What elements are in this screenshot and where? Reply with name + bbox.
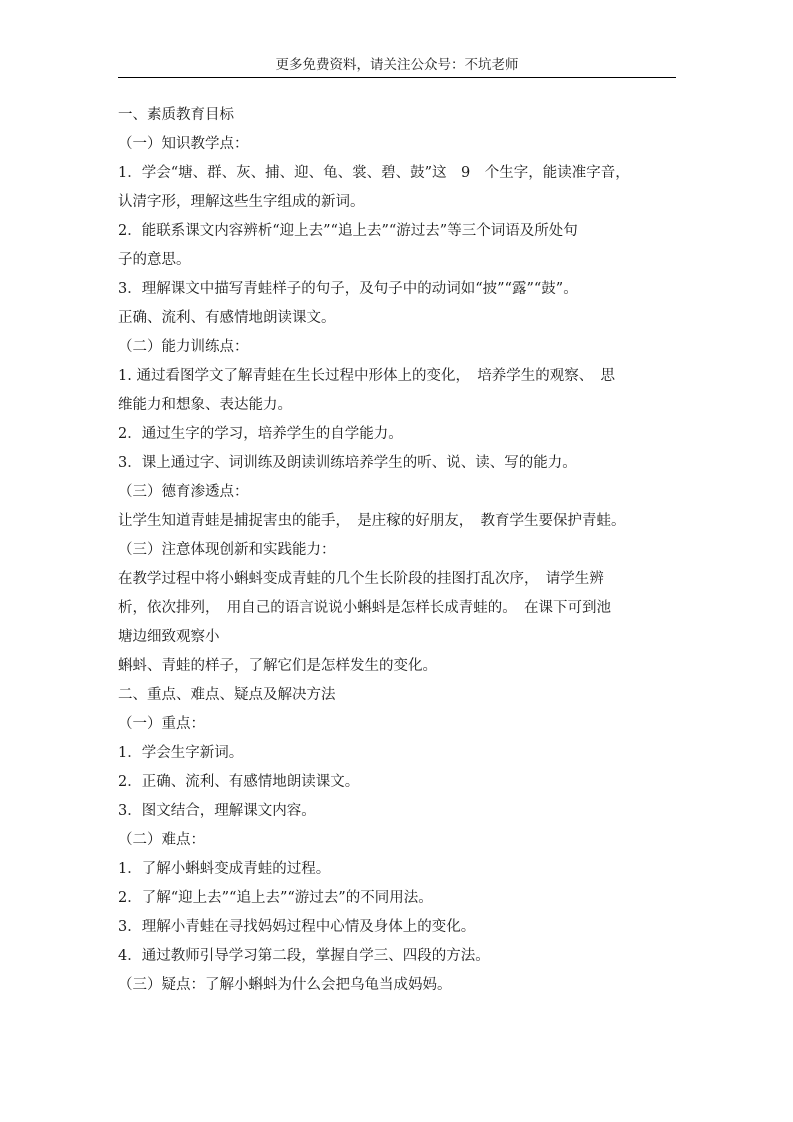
paragraph-line: 2．通过生字的学习，培养学生的自学能力。 <box>118 423 678 452</box>
subheading-innovation: （三）注意体现创新和实践能力： <box>118 539 678 568</box>
paragraph-line: 1. 通过看图学文了解青蛙在生长过程中形体上的变化， 培养学生的观察、 思 <box>118 365 678 394</box>
paragraph-line: 3．图文结合，理解课文内容。 <box>118 800 678 829</box>
paragraph-line: 3．理解课文中描写青蛙样子的句子，及句子中的动词如“披”“露”“鼓”。 <box>118 278 678 307</box>
paragraph-line: 1．学会“塘、群、灰、捕、迎、龟、裳、碧、鼓”这 9 个生字，能读准字音， <box>118 162 678 191</box>
paragraph-line: 正确、流利、有感情地朗读课文。 <box>118 307 678 336</box>
subheading-focus: （一）重点： <box>118 713 678 742</box>
paragraph-line: 4．通过教师引导学习第二段，掌握自学三、四段的方法。 <box>118 945 678 974</box>
subheading-difficulty: （二）难点： <box>118 829 678 858</box>
subheading-ability: （二）能力训练点： <box>118 336 678 365</box>
paragraph-line: 认清字形，理解这些生字组成的新词。 <box>118 191 678 220</box>
paragraph-line: 子的意思。 <box>118 249 678 278</box>
document-body: 一、素质教育目标 （一）知识教学点： 1．学会“塘、群、灰、捕、迎、龟、裳、碧、… <box>118 104 678 1003</box>
paragraph-line: 1．了解小蝌蚪变成青蛙的过程。 <box>118 858 678 887</box>
paragraph-line: 1．学会生字新词。 <box>118 742 678 771</box>
paragraph-line: 让学生知道青蛙是捕捉害虫的能手， 是庄稼的好朋友， 教育学生要保护青蛙。 <box>118 510 678 539</box>
section-heading-keypoints: 二、重点、难点、疑点及解决方法 <box>118 684 678 713</box>
paragraph-line: 析，依次排列， 用自己的语言说说小蝌蚪是怎样长成青蛙的。 在课下可到池 <box>118 597 678 626</box>
paragraph-line: 2．能联系课文内容辨析“迎上去”“追上去”“游过去”等三个词语及所处句 <box>118 220 678 249</box>
paragraph-line: 3．课上通过字、词训练及朗读训练培养学生的听、说、读、写的能力。 <box>118 452 678 481</box>
paragraph-line: 3．理解小青蛙在寻找妈妈过程中心情及身体上的变化。 <box>118 916 678 945</box>
paragraph-line: 蝌蚪、青蛙的样子，了解它们是怎样发生的变化。 <box>118 655 678 684</box>
header-divider <box>118 77 676 78</box>
paragraph-line: 维能力和想象、表达能力。 <box>118 394 678 423</box>
paragraph-line: 2．正确、流利、有感情地朗读课文。 <box>118 771 678 800</box>
section-heading-goals: 一、素质教育目标 <box>118 104 678 133</box>
subheading-moral: （三）德育渗透点： <box>118 481 678 510</box>
subheading-knowledge: （一）知识教学点： <box>118 133 678 162</box>
paragraph-line: 在教学过程中将小蝌蚪变成青蛙的几个生长阶段的挂图打乱次序， 请学生辨 <box>118 568 678 597</box>
paragraph-line: 2．了解“迎上去”“追上去”“游过去”的不同用法。 <box>118 887 678 916</box>
paragraph-line: 塘边细致观察小 <box>118 626 678 655</box>
page-header: 更多免费资料，请关注公众号：不坑老师 <box>118 56 676 74</box>
subheading-doubt: （三）疑点：了解小蝌蚪为什么会把乌龟当成妈妈。 <box>118 974 678 1003</box>
